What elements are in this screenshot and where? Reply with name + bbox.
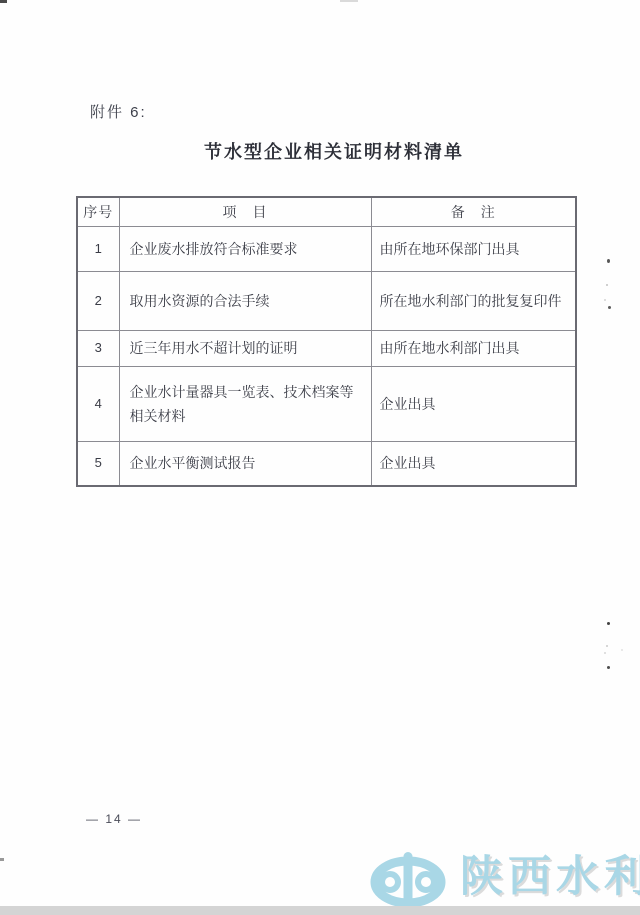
- scan-speck: [607, 666, 610, 669]
- scan-speck: [604, 299, 606, 301]
- row-item: 取用水资源的合法手续: [119, 271, 371, 330]
- scan-artifact: [0, 0, 7, 3]
- row-note: 企业出具: [371, 441, 576, 486]
- header-cell-item: 项 目: [119, 197, 371, 226]
- row-note: 由所在地水利部门出具: [371, 330, 576, 366]
- table-row: 2 取用水资源的合法手续 所在地水利部门的批复复印件: [77, 271, 576, 330]
- row-seq: 4: [77, 366, 119, 441]
- row-seq: 5: [77, 441, 119, 486]
- scan-artifact: [340, 0, 358, 2]
- document-title: 节水型企业相关证明材料清单: [0, 138, 640, 164]
- row-note: 企业出具: [371, 366, 576, 441]
- shaanxi-water-logo-icon: [370, 851, 448, 913]
- table-row: 3 近三年用水不超计划的证明 由所在地水利部门出具: [77, 330, 576, 366]
- row-seq: 3: [77, 330, 119, 366]
- header-cell-seq: 序号: [77, 197, 119, 226]
- scan-speck: [604, 652, 606, 654]
- header-cell-note: 备 注: [371, 197, 576, 226]
- scan-speck: [607, 259, 610, 263]
- row-note: 所在地水利部门的批复复印件: [371, 271, 576, 330]
- watermark-text: 陕西水利: [460, 851, 640, 903]
- scan-speck: [607, 622, 610, 625]
- watermark: 陕西水利: [370, 851, 640, 913]
- table-row: 4 企业水计量器具一览表、技术档案等相关材料 企业出具: [77, 366, 576, 441]
- scan-artifact: [0, 858, 4, 861]
- page-number: — 14 —: [86, 812, 142, 826]
- scan-bottom-band: [0, 906, 640, 915]
- row-note: 由所在地环保部门出具: [371, 226, 576, 271]
- table-row: 1 企业废水排放符合标准要求 由所在地环保部门出具: [77, 226, 576, 271]
- table-row: 5 企业水平衡测试报告 企业出具: [77, 441, 576, 486]
- scan-speck: [621, 649, 623, 651]
- row-seq: 1: [77, 226, 119, 271]
- row-item: 企业废水排放符合标准要求: [119, 226, 371, 271]
- scanned-page: 附件 6: 节水型企业相关证明材料清单 序号 项 目 备 注 1 企业废水排放符…: [0, 0, 640, 915]
- row-seq: 2: [77, 271, 119, 330]
- row-item: 近三年用水不超计划的证明: [119, 330, 371, 366]
- row-item: 企业水平衡测试报告: [119, 441, 371, 486]
- table-header-row: 序号 项 目 备 注: [77, 197, 576, 226]
- materials-table: 序号 项 目 备 注 1 企业废水排放符合标准要求 由所在地环保部门出具 2 取…: [76, 196, 577, 487]
- row-item: 企业水计量器具一览表、技术档案等相关材料: [119, 366, 371, 441]
- attachment-label: 附件 6:: [90, 101, 147, 122]
- scan-speck: [606, 645, 608, 647]
- scan-speck: [606, 284, 608, 286]
- scan-speck: [608, 306, 611, 309]
